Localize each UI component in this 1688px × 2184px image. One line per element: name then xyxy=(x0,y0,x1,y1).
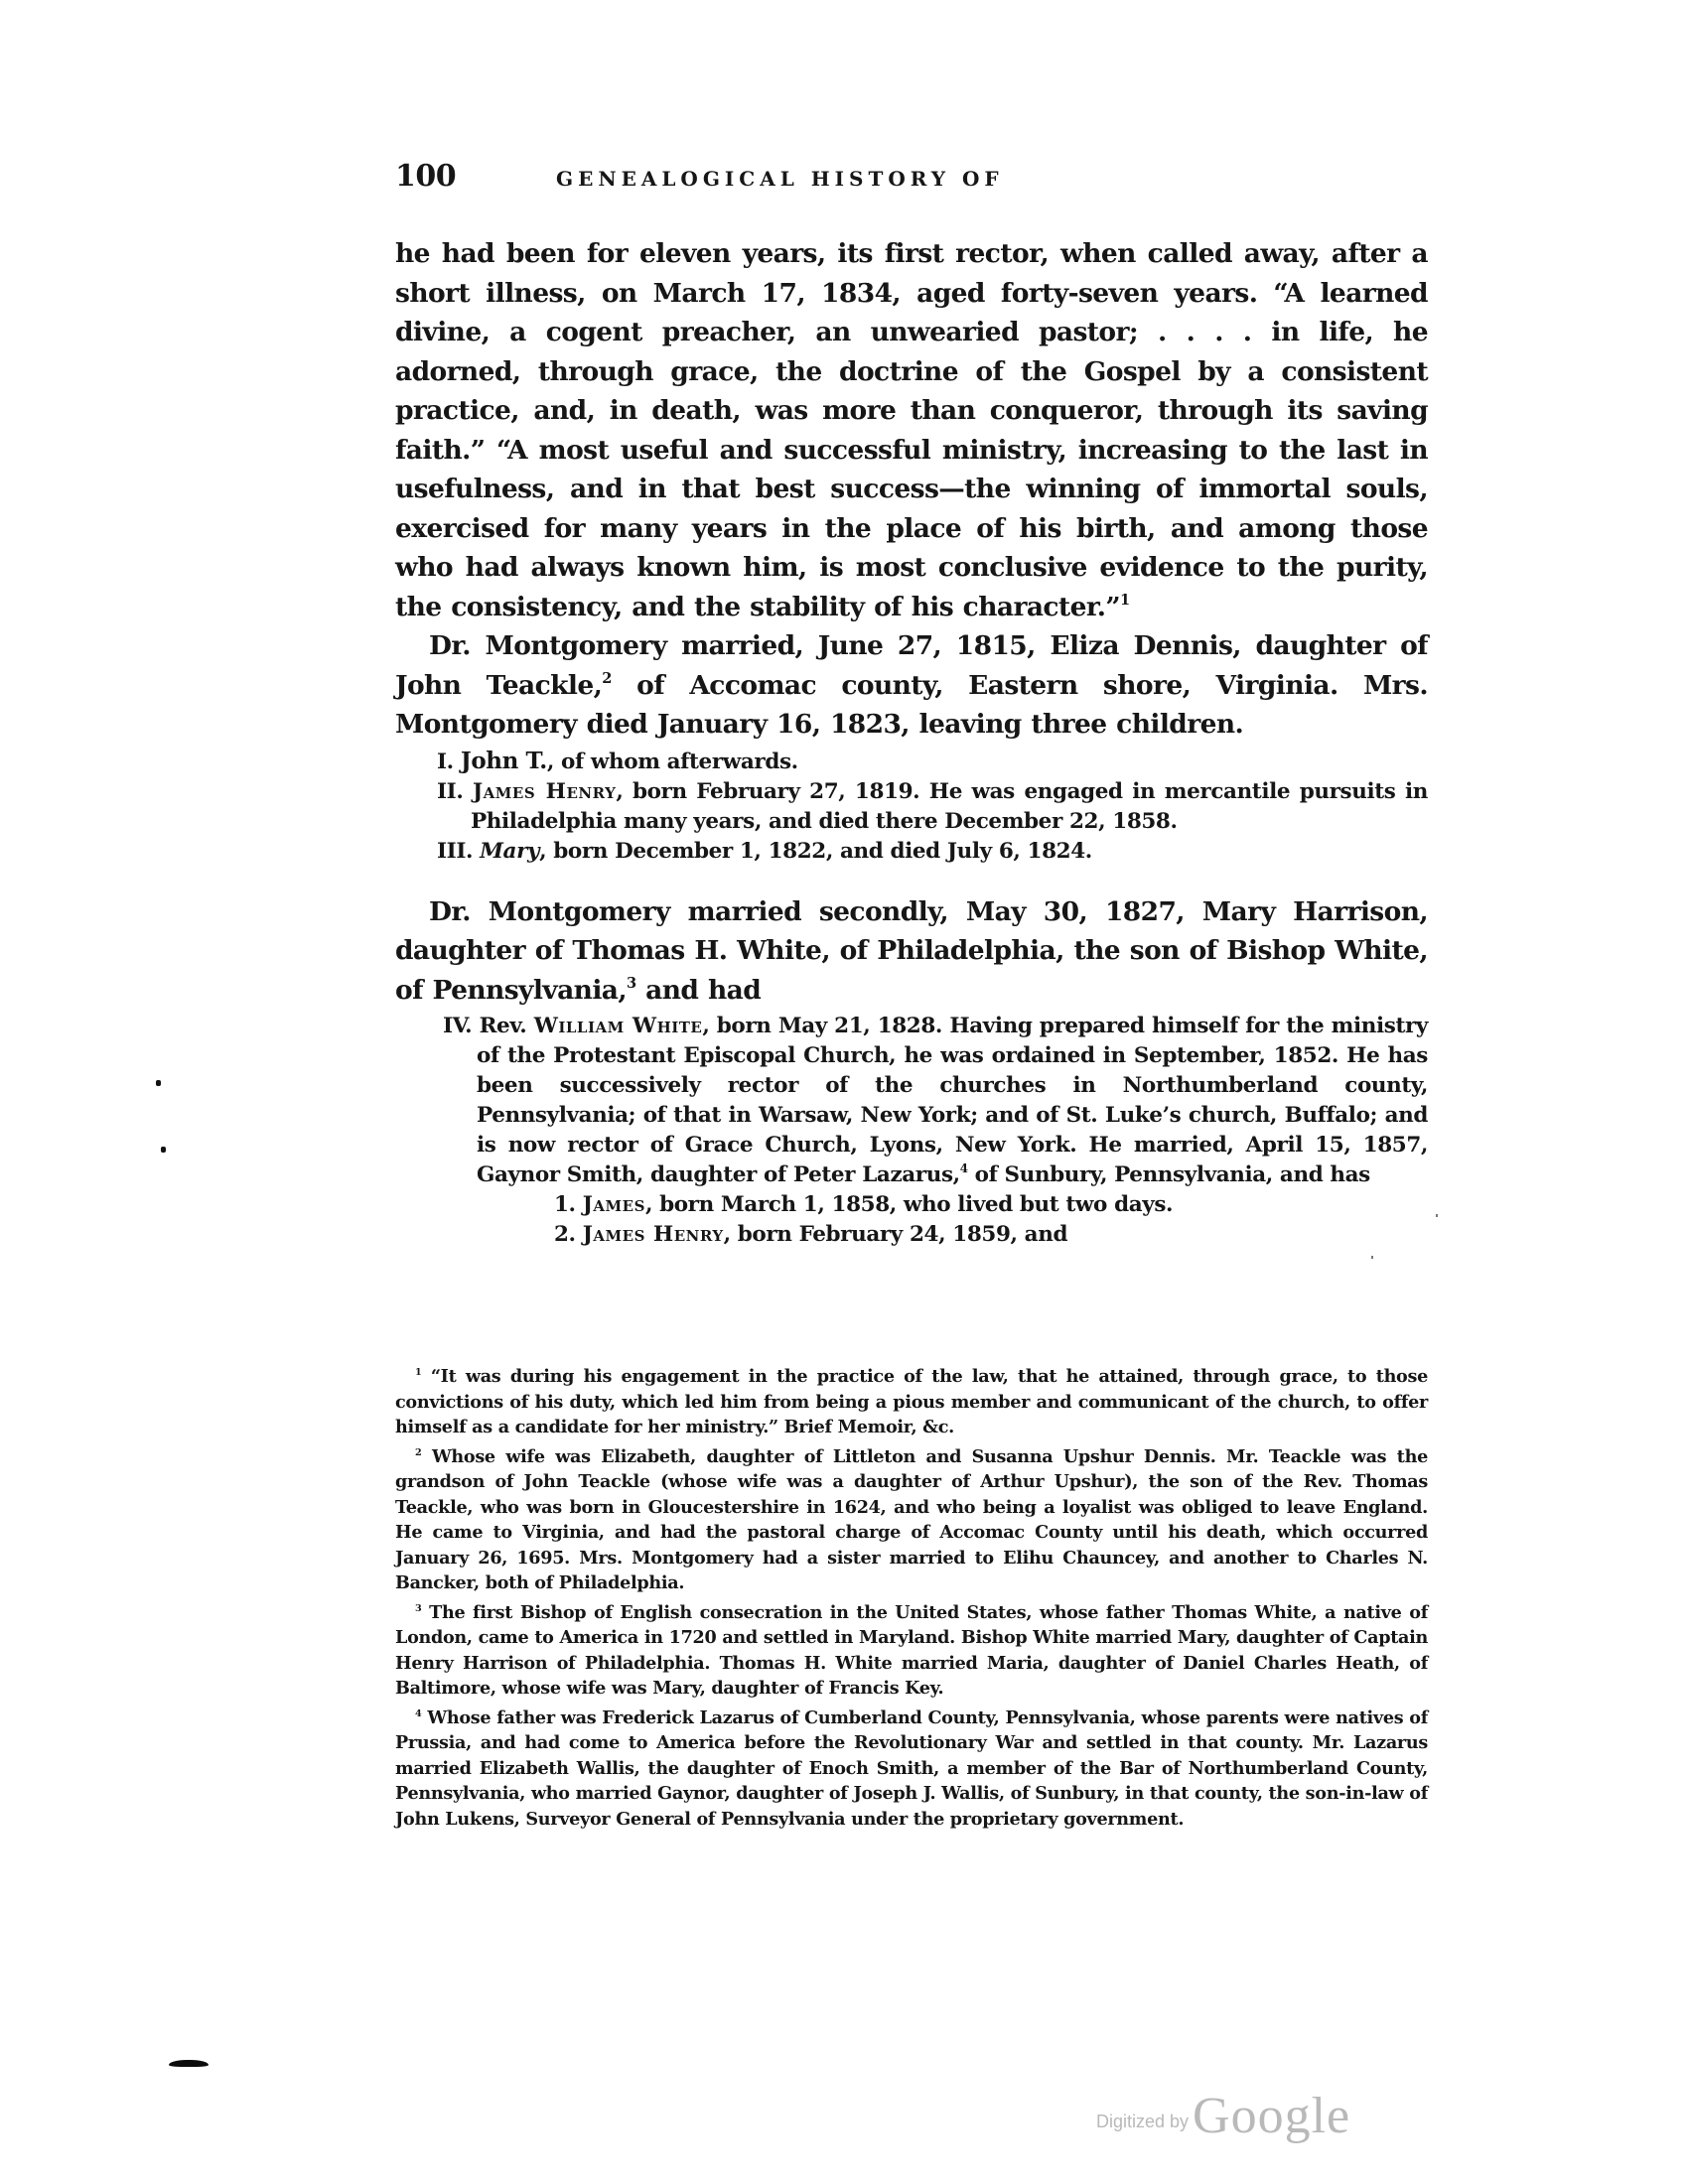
google-logo: Google xyxy=(1193,2091,1350,2142)
scan-artifact-dot xyxy=(156,1080,161,1086)
body-text: he had been for eleven years, its first … xyxy=(395,234,1428,1250)
digitized-by-google-watermark: Digitized by Google xyxy=(1096,2083,1350,2142)
child-name: Mary xyxy=(480,839,539,864)
footnote-ref-2: 2 xyxy=(602,670,612,687)
footnote-1: 1 “It was during his engagement in the p… xyxy=(395,1364,1428,1440)
scan-artifact-dash xyxy=(169,2060,209,2067)
footnote-4: 4 Whose father was Frederick Lazarus of … xyxy=(395,1706,1428,1833)
grandchild-entry-james: 1. James, born March 1, 1858, who lived … xyxy=(395,1190,1428,1220)
child-name: John T. xyxy=(461,748,547,774)
page-number: 100 xyxy=(395,159,456,194)
footnote-ref-3: 3 xyxy=(627,975,636,992)
child-entry-mary: III. Mary, born December 1, 1822, and di… xyxy=(395,837,1428,867)
scan-artifact-dot xyxy=(161,1147,166,1153)
children-first-marriage: I. John T., of whom afterwards. II. Jame… xyxy=(395,747,1428,867)
child-entry-william-white: IV. Rev. William White, born May 21, 182… xyxy=(395,1012,1428,1190)
footnote-3: 3 The first Bishop of English consecrati… xyxy=(395,1600,1428,1702)
paragraph-rector-eulogy: he had been for eleven years, its first … xyxy=(395,234,1428,626)
child-name: William White xyxy=(534,1014,703,1038)
footnote-ref-1: 1 xyxy=(1120,592,1130,609)
child-entry-james-henry: II. James Henry, born February 27, 1819.… xyxy=(395,777,1428,837)
scanned-book-page: 100 Genealogical History of he had been … xyxy=(0,0,1688,2184)
scan-artifact-speck xyxy=(1436,1214,1438,1217)
running-title: Genealogical History of xyxy=(556,167,1004,191)
grandchild-name: James xyxy=(583,1192,645,1217)
footnote-2: 2 Whose wife was Elizabeth, daughter of … xyxy=(395,1444,1428,1596)
grandchild-name: James Henry xyxy=(583,1222,724,1247)
running-head: 100 Genealogical History of xyxy=(395,159,1428,199)
child-entry-john: I. John T., of whom afterwards. xyxy=(395,747,1428,777)
footnotes: 1 “It was during his engagement in the p… xyxy=(395,1364,1428,1836)
paragraph-second-marriage: Dr. Montgomery married secondly, May 30,… xyxy=(395,892,1428,1011)
grandchild-entry-james-henry: 2. James Henry, born February 24, 1859, … xyxy=(395,1220,1428,1250)
scan-artifact-speck xyxy=(1371,1256,1373,1259)
child-name: James Henry xyxy=(473,779,616,804)
children-second-marriage: IV. Rev. William White, born May 21, 182… xyxy=(395,1012,1428,1250)
footnote-ref-4: 4 xyxy=(960,1161,968,1175)
paragraph-first-marriage: Dr. Montgomery married, June 27, 1815, E… xyxy=(395,626,1428,745)
